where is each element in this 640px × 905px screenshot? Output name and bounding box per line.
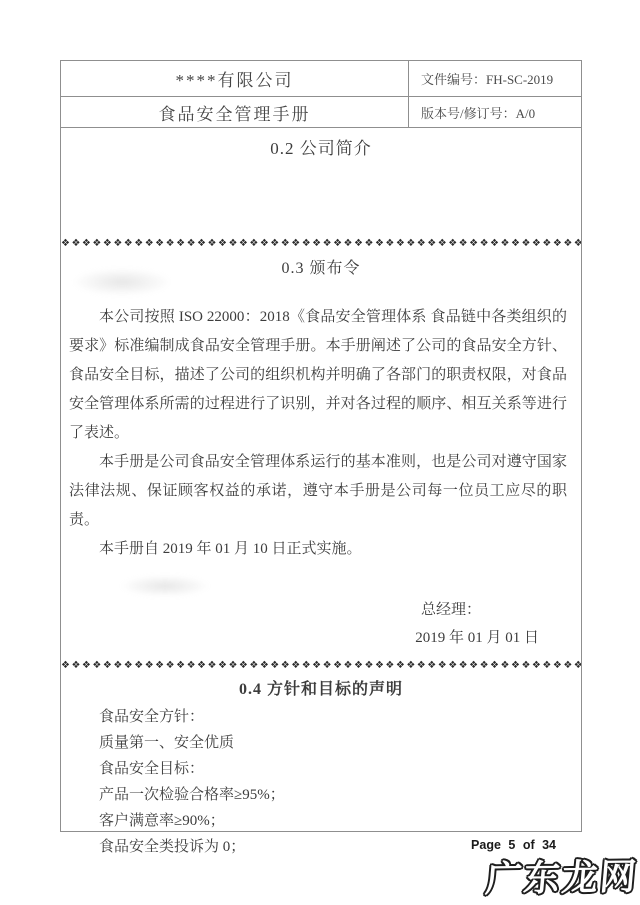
document-border-box: ****有限公司 文件编号：FH-SC-2019 食品安全管理手册 版本号/修订… — [60, 60, 582, 832]
paragraph-effective-date: 本手册自 2019 年 01 月 10 日正式实施。 — [69, 535, 567, 564]
document-number: 文件编号：FH-SC-2019 — [409, 61, 581, 96]
signature-title: 总经理： — [61, 596, 581, 624]
policy-line-satisfaction-rate: 客户满意率≥90%； — [99, 808, 581, 834]
header-row-title: 食品安全管理手册 版本号/修订号：A/0 — [61, 97, 581, 128]
site-watermark: 广东龙网 — [484, 849, 640, 903]
section-0-2-heading: 0.2 公司简介 — [61, 128, 581, 158]
policy-goal-list: 食品安全方针： 质量第一、安全优质 食品安全目标： 产品一次检验合格率≥95%；… — [61, 704, 581, 860]
ornament-divider-bottom: ❖❖❖❖❖❖❖❖❖❖❖❖❖❖❖❖❖❖❖❖❖❖❖❖❖❖❖❖❖❖❖❖❖❖❖❖❖❖❖❖… — [61, 658, 581, 674]
header-row-company: ****有限公司 文件编号：FH-SC-2019 — [61, 61, 581, 97]
section-0-3-heading: 0.3 颁布令 — [61, 255, 581, 279]
policy-line-safety-goal-label: 食品安全目标： — [99, 756, 581, 782]
policy-line-quality-first: 质量第一、安全优质 — [99, 730, 581, 756]
version-number: 版本号/修订号：A/0 — [409, 97, 581, 127]
document-page: ****有限公司 文件编号：FH-SC-2019 食品安全管理手册 版本号/修订… — [0, 0, 640, 905]
promulgation-body: 本公司按照 ISO 22000：2018《食品安全管理体系 食品链中各类组织的要… — [61, 303, 581, 564]
signature-date: 2019 年 01 月 01 日 — [61, 624, 581, 652]
paragraph-standard-basis: 本公司按照 ISO 22000：2018《食品安全管理体系 食品链中各类组织的要… — [69, 303, 567, 448]
paragraph-manual-principle: 本手册是公司食品安全管理体系运行的基本准则，也是公司对遵守国家法律法规、保证顾客… — [69, 448, 567, 535]
section-0-4-heading: 0.4 方针和目标的声明 — [61, 676, 581, 700]
company-name: ****有限公司 — [61, 61, 409, 96]
policy-line-safety-policy-label: 食品安全方针： — [99, 704, 581, 730]
manual-title: 食品安全管理手册 — [61, 97, 409, 127]
ornament-divider-top: ❖❖❖❖❖❖❖❖❖❖❖❖❖❖❖❖❖❖❖❖❖❖❖❖❖❖❖❖❖❖❖❖❖❖❖❖❖❖❖❖… — [61, 236, 581, 252]
signature-block: 总经理： 2019 年 01 月 01 日 — [61, 596, 581, 652]
policy-line-pass-rate: 产品一次检验合格率≥95%； — [99, 782, 581, 808]
